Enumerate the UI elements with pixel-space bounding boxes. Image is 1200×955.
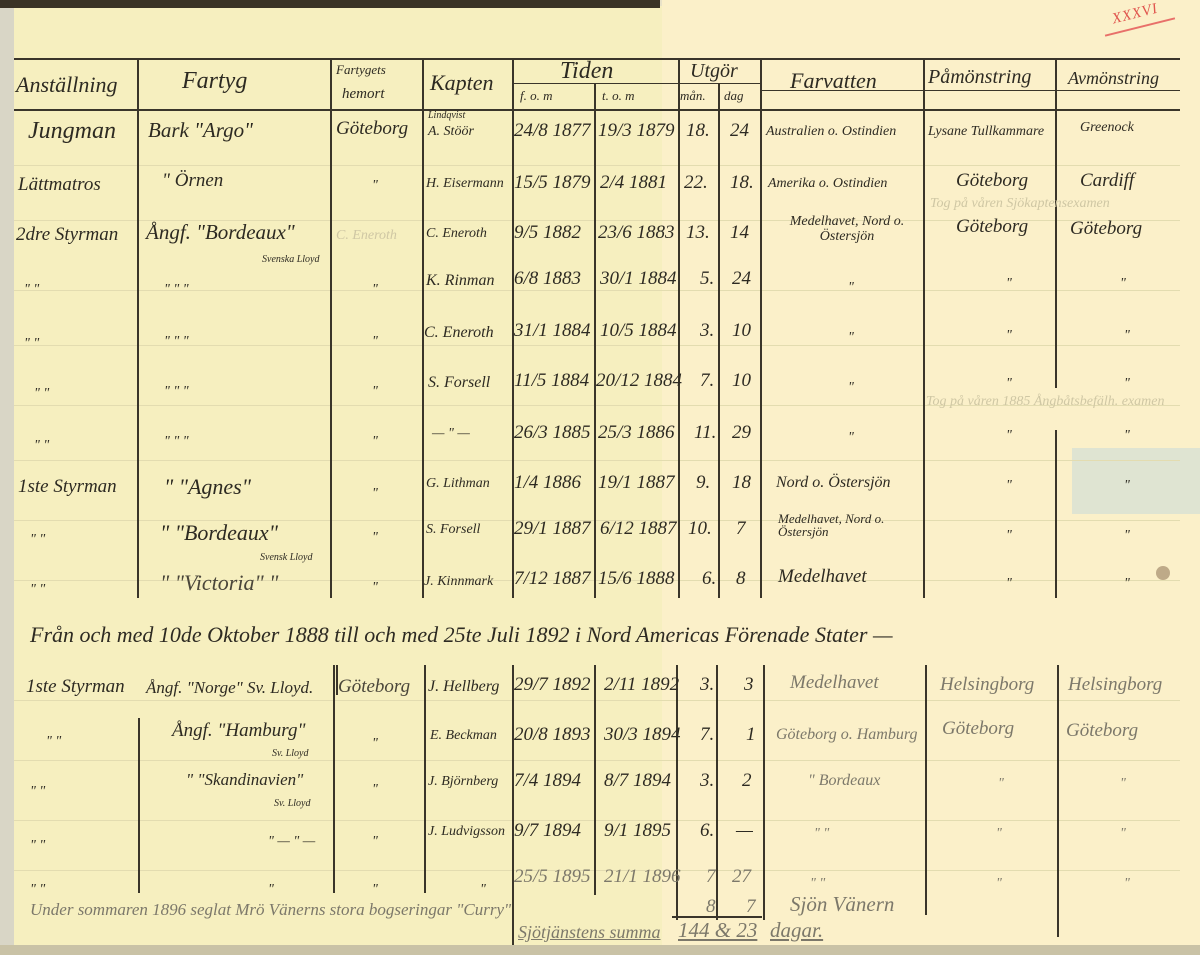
cell-farvatten: Medelhavet bbox=[778, 566, 867, 588]
cell-fartyg: " "Victoria" " bbox=[160, 570, 278, 596]
stain-blue-patch bbox=[1072, 448, 1200, 514]
cell-dag: 18. bbox=[730, 172, 754, 194]
cell-kapten: J. Björnberg bbox=[428, 774, 498, 790]
cell-kapten: J. Kinnmark bbox=[424, 574, 493, 590]
cell-tom: 2/4 1881 bbox=[600, 172, 667, 194]
cell-avmonstring: Greenock bbox=[1080, 120, 1134, 136]
cell-tom: 20/12 1884 bbox=[596, 370, 682, 392]
cell-hemort: " bbox=[372, 736, 378, 752]
header-tiden: Tiden bbox=[560, 58, 613, 85]
cell-anstallning: 1ste Styrman bbox=[18, 476, 117, 498]
cell-farvatten: " Bordeaux bbox=[808, 772, 880, 790]
cell-pamonstring: " bbox=[996, 876, 1002, 892]
header-hemort-line1: Fartygets bbox=[336, 62, 386, 78]
header-fartyg: Fartyg bbox=[182, 68, 247, 95]
header-pamonstring: Påmönstring bbox=[928, 66, 1031, 89]
cell-fom: 29/1 1887 bbox=[514, 518, 591, 540]
ink-stain bbox=[1156, 566, 1170, 580]
cell-avmonstring: " bbox=[1124, 576, 1130, 592]
cell-fom: 7/12 1887 bbox=[514, 568, 591, 590]
cell-fom: 15/5 1879 bbox=[514, 172, 591, 194]
cell-man: 7. bbox=[700, 370, 714, 392]
cell-avmonstring: " bbox=[1124, 478, 1130, 494]
cell-fom: 29/7 1892 bbox=[514, 674, 591, 696]
cell-dag: 24 bbox=[732, 268, 751, 290]
cell-avmonstring: " bbox=[1120, 276, 1126, 292]
cell-fom: 31/1 1884 bbox=[514, 320, 591, 342]
cell-hemort: " bbox=[372, 178, 378, 194]
header-utgor: Utgör bbox=[690, 60, 738, 83]
cell-man: 3. bbox=[700, 770, 714, 792]
cell-farvatten: " bbox=[848, 330, 854, 346]
cell-tom: 9/1 1895 bbox=[604, 820, 671, 842]
cell-avmonstring: " bbox=[1124, 528, 1130, 544]
cell-man: 5. bbox=[700, 268, 714, 290]
cell-fartyg: " " " bbox=[164, 434, 189, 450]
cell-fom: 9/7 1894 bbox=[514, 820, 581, 842]
cell-pamonstring: " bbox=[998, 776, 1004, 792]
cell-hemort: " bbox=[372, 834, 378, 850]
cell-pamonstring: Helsingborg bbox=[940, 674, 1034, 696]
cell-man: 11. bbox=[694, 422, 716, 444]
header-dag: dag bbox=[724, 88, 744, 104]
cell-fartyg-note: Svenska Lloyd bbox=[262, 254, 320, 265]
cell-dag: 2 bbox=[742, 770, 752, 792]
cell-fartyg-note: Sv. Lloyd bbox=[274, 798, 310, 809]
cell-fartyg: " "Bordeaux" bbox=[160, 520, 278, 546]
cell-tom: 2/11 1892 bbox=[604, 674, 679, 696]
cell-dag: 8 bbox=[736, 568, 746, 590]
cell-hemort: Göteborg bbox=[336, 118, 408, 140]
cell-man: 18. bbox=[686, 120, 710, 142]
cell-fartyg: " "Agnes" bbox=[164, 474, 251, 500]
cell-dag: — bbox=[736, 820, 753, 842]
scan-top-shadow bbox=[0, 0, 660, 8]
cell-farvatten: " bbox=[848, 430, 854, 446]
cell-avmonstring: " bbox=[1124, 428, 1130, 444]
cell-tom: 23/6 1883 bbox=[598, 222, 675, 244]
cell-anstallning: " " bbox=[30, 532, 45, 548]
cell-kapten: K. Rinman bbox=[426, 272, 494, 290]
ghost-kapten-text: C. Eneroth bbox=[336, 228, 397, 244]
cell-hemort: " bbox=[372, 434, 378, 450]
cell-man: 3. bbox=[700, 674, 714, 696]
cell-man: 6. bbox=[700, 820, 714, 842]
header-anstallning: Anställning bbox=[16, 72, 117, 98]
cell-man: 9. bbox=[696, 472, 710, 494]
cell-fartyg: Ångf. "Bordeaux" bbox=[146, 220, 295, 245]
cell-farvatten: " bbox=[848, 380, 854, 396]
cell-fom: 1/4 1886 bbox=[514, 472, 581, 494]
cell-kapten: C. Eneroth bbox=[426, 226, 487, 242]
cell-pamonstring: Lysane Tullkammare bbox=[928, 124, 1044, 140]
cell-fartyg: " " " bbox=[164, 384, 189, 400]
cell-pamonstring: " bbox=[996, 826, 1002, 842]
cell-hemort: " bbox=[372, 334, 378, 350]
total-unit: dagar. bbox=[770, 918, 823, 943]
cell-avmonstring: " bbox=[1124, 376, 1130, 392]
cell-tom: 30/3 1894 bbox=[604, 724, 681, 746]
cell-avmonstring: " bbox=[1120, 776, 1126, 792]
cell-avmonstring: Göteborg bbox=[1066, 720, 1138, 742]
cell-kapten: J. Ludvigsson bbox=[428, 824, 505, 840]
cell-kapten: H. Eisermann bbox=[426, 176, 504, 192]
cell-fom: 6/8 1883 bbox=[514, 268, 581, 290]
cell-fartyg: " " " bbox=[164, 282, 189, 298]
cell-kapten: G. Lithman bbox=[426, 476, 490, 492]
cell-fartyg: " " " bbox=[164, 334, 189, 350]
cell-farvatten: " " bbox=[814, 826, 829, 842]
summer-1896-note: Under sommaren 1896 seglat Mrö Vänerns s… bbox=[30, 900, 511, 920]
cell-kapten: C. Eneroth bbox=[424, 324, 494, 342]
cell-hemort: Göteborg bbox=[338, 676, 410, 698]
header-farvatten: Farvatten bbox=[790, 68, 877, 94]
cell-fartyg: Ångf. "Hamburg" bbox=[172, 720, 305, 742]
cell-fom: 24/8 1877 bbox=[514, 120, 591, 142]
pencil-note-1: Tog på våren Sjökaptensexamen bbox=[930, 196, 1110, 212]
cell-kapten-note: Lindqvist bbox=[428, 110, 465, 121]
cell-pamonstring: " bbox=[1006, 428, 1012, 444]
cell-farvatten: Göteborg o. Hamburg bbox=[776, 726, 917, 744]
cell-farvatten: Australien o. Ostindien bbox=[766, 124, 896, 140]
cell-anstallning: " " bbox=[46, 734, 61, 750]
cell-dag: 10 bbox=[732, 370, 751, 392]
cell-anstallning: " " bbox=[34, 386, 49, 402]
cell-kapten: J. Hellberg bbox=[428, 678, 499, 696]
cell-hemort: " bbox=[372, 580, 378, 596]
cell-hemort: " bbox=[372, 486, 378, 502]
cell-pamonstring: Göteborg bbox=[956, 170, 1028, 192]
cell-pamonstring: Göteborg bbox=[956, 216, 1028, 238]
cell-anstallning: " " bbox=[30, 882, 45, 898]
cell-dag: 3 bbox=[744, 674, 754, 696]
cell-tom: 10/5 1884 bbox=[600, 320, 677, 342]
cell-hemort: " bbox=[372, 530, 378, 546]
header-bottom-rule bbox=[14, 109, 1180, 111]
cell-fartyg: " "Skandinavien" bbox=[186, 770, 303, 790]
cell-tom: 19/3 1879 bbox=[598, 120, 675, 142]
cell-farvatten: Medelhavet, Nord o. Östersjön bbox=[778, 512, 908, 538]
cell-fartyg: " Örnen bbox=[162, 170, 223, 192]
cell-fartyg: Ångf. "Norge" Sv. Lloyd. bbox=[146, 678, 313, 698]
cell-tom: 15/6 1888 bbox=[598, 568, 675, 590]
cell-avmonstring: Cardiff bbox=[1080, 170, 1134, 192]
cell-anstallning: " " bbox=[30, 838, 45, 854]
cell-avmonstring: " bbox=[1120, 826, 1126, 842]
summer-man: 8 bbox=[706, 896, 716, 918]
cell-dag: 10 bbox=[732, 320, 751, 342]
cell-tom: 25/3 1886 bbox=[598, 422, 675, 444]
cell-man: 6. bbox=[702, 568, 716, 590]
cell-hemort: " bbox=[372, 282, 378, 298]
cell-dag: 27 bbox=[732, 866, 751, 888]
cell-fartyg-note: Svensk Lloyd bbox=[260, 552, 313, 563]
cell-farvatten: Amerika o. Ostindien bbox=[768, 176, 887, 192]
cell-farvatten: " " bbox=[810, 876, 825, 892]
cell-farvatten: " bbox=[848, 280, 854, 296]
cell-man: 7. bbox=[700, 724, 714, 746]
cell-fartyg: " bbox=[268, 882, 274, 898]
cell-fartyg-note: Sv. Lloyd bbox=[272, 748, 308, 759]
cell-pamonstring: " bbox=[1006, 576, 1012, 592]
cell-anstallning: Jungman bbox=[28, 118, 116, 145]
cell-man: 7 bbox=[706, 866, 716, 888]
scan-bottom-shadow bbox=[0, 945, 1200, 955]
cell-anstallning: " " bbox=[24, 336, 39, 352]
cell-man: 13. bbox=[686, 222, 710, 244]
header-hemort-line2: hemort bbox=[342, 86, 385, 103]
total-label: Sjötjänstens summa bbox=[518, 922, 661, 943]
cell-tom: 19/1 1887 bbox=[598, 472, 675, 494]
cell-tom: 30/1 1884 bbox=[600, 268, 677, 290]
cell-farvatten: Medelhavet bbox=[790, 672, 879, 694]
cell-fartyg: Bark "Argo" bbox=[148, 118, 253, 143]
cell-pamonstring: " bbox=[1006, 528, 1012, 544]
cell-hemort: " bbox=[372, 384, 378, 400]
cell-man: 22. bbox=[684, 172, 708, 194]
cell-pamonstring: Göteborg bbox=[942, 718, 1014, 740]
header-kapten: Kapten bbox=[430, 70, 494, 96]
cell-dag: 18 bbox=[732, 472, 751, 494]
cell-dag: 7 bbox=[736, 518, 746, 540]
cell-tom: 21/1 1896 bbox=[604, 866, 681, 888]
cell-kapten: A. Stöör bbox=[428, 124, 474, 140]
scanner-edge bbox=[0, 0, 14, 955]
total-value: 144 & 23 bbox=[678, 918, 757, 943]
cell-man: 10. bbox=[688, 518, 712, 540]
header-tom: t. o. m bbox=[602, 88, 635, 104]
cell-anstallning: 2dre Styrman bbox=[16, 224, 118, 246]
cell-dag: 1 bbox=[746, 724, 756, 746]
header-man: mån. bbox=[680, 88, 706, 104]
cell-anstallning: " " bbox=[24, 282, 39, 298]
cell-hemort: " bbox=[372, 882, 378, 898]
cell-fartyg: " — " — bbox=[268, 834, 315, 850]
cell-avmonstring: Helsingborg bbox=[1068, 674, 1162, 696]
cell-kapten: S. Forsell bbox=[428, 374, 490, 392]
cell-fom: 7/4 1894 bbox=[514, 770, 581, 792]
header-avmonstring: Avmönstring bbox=[1068, 68, 1159, 89]
cell-dag: 24 bbox=[730, 120, 749, 142]
cell-tom: 6/12 1887 bbox=[600, 518, 677, 540]
cell-kapten: E. Beckman bbox=[430, 728, 497, 744]
cell-kapten: — " — bbox=[432, 426, 470, 442]
cell-anstallning: " " bbox=[34, 438, 49, 454]
cell-anstallning: Lättmatros bbox=[18, 174, 101, 196]
cell-pamonstring: " bbox=[1006, 376, 1012, 392]
cell-pamonstring: " bbox=[1006, 478, 1012, 494]
cell-anstallning: 1ste Styrman bbox=[26, 676, 125, 698]
cell-avmonstring: " bbox=[1124, 876, 1130, 892]
cell-kapten: S. Forsell bbox=[426, 522, 480, 538]
cell-dag: 29 bbox=[732, 422, 751, 444]
header-fom: f. o. m bbox=[520, 88, 553, 104]
cell-hemort: " bbox=[372, 782, 378, 798]
cell-avmonstring: Göteborg bbox=[1070, 218, 1142, 240]
cell-kapten: " bbox=[480, 882, 486, 898]
cell-farvatten: Nord o. Östersjön bbox=[776, 474, 891, 492]
summer-dag: 7 bbox=[746, 896, 756, 918]
cell-fom: 11/5 1884 bbox=[514, 370, 589, 392]
cell-fom: 9/5 1882 bbox=[514, 222, 581, 244]
america-period-note: Från och med 10de Oktober 1888 till och … bbox=[30, 622, 893, 648]
cell-dag: 14 bbox=[730, 222, 749, 244]
cell-tom: 8/7 1894 bbox=[604, 770, 671, 792]
cell-avmonstring: " bbox=[1124, 328, 1130, 344]
pencil-note-2: Tog på våren 1885 Ångbåtsbefälh. examen bbox=[926, 394, 1165, 410]
cell-fom: 26/3 1885 bbox=[514, 422, 591, 444]
cell-pamonstring: " bbox=[1006, 328, 1012, 344]
cell-anstallning: " " bbox=[30, 784, 45, 800]
cell-fom: 20/8 1893 bbox=[514, 724, 591, 746]
cell-man: 3. bbox=[700, 320, 714, 342]
cell-pamonstring: " bbox=[1006, 276, 1012, 292]
summer-farvatten: Sjön Vänern bbox=[790, 892, 894, 917]
cell-fom: 25/5 1895 bbox=[514, 866, 591, 888]
cell-farvatten: Medelhavet, Nord o. Östersjön bbox=[772, 214, 922, 244]
cell-anstallning: " " bbox=[30, 582, 45, 598]
